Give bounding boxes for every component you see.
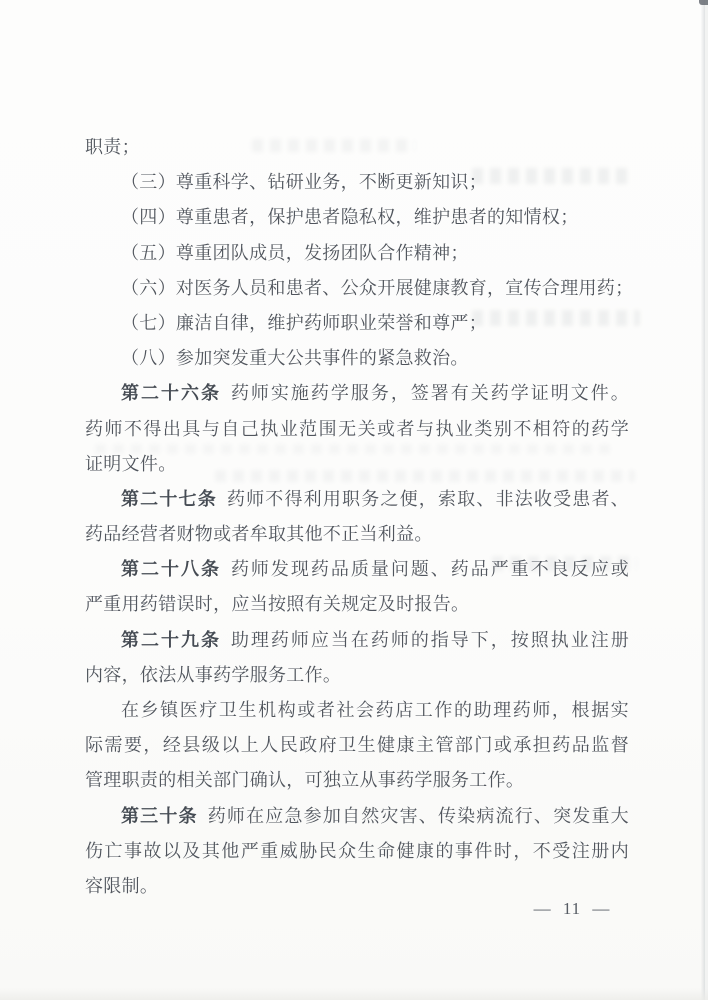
article-body-text: 助理药师应当在药师的指导下，按照执业注册 <box>231 630 629 650</box>
article-body-text: 药师不得利用职务之便，索取、非法收受患者、 <box>227 489 629 509</box>
scan-right-edge-shadow <box>701 0 705 1000</box>
article-number-label: 第二十七条 <box>121 489 217 509</box>
document-line: 严重用药错误时，应当按照有关规定及时报告。 <box>85 587 629 622</box>
article-body-text: 药师发现药品质量问题、药品严重不良反应或 <box>231 559 629 579</box>
document-line: 第二十八条药师发现药品质量问题、药品严重不良反应或 <box>85 552 629 587</box>
document-line: 在乡镇医疗卫生机构或者社会药店工作的助理药师，根据实 <box>85 693 629 728</box>
document-line: 药品经营者财物或者牟取其他不正当利益。 <box>85 517 629 552</box>
document-line: 第二十六条药师实施药学服务，签署有关药学证明文件。 <box>85 376 629 411</box>
document-line: 药师不得出具与自己执业范围无关或者与执业类别不相符的药学 <box>85 412 629 447</box>
document-line: （八）参加突发重大公共事件的紧急救治。 <box>85 341 629 376</box>
document-line: 管理职责的相关部门确认，可独立从事药学服务工作。 <box>85 763 629 798</box>
scan-bottom-shade <box>0 988 708 1000</box>
document-line: 第三十条药师在应急参加自然灾害、传染病流行、突发重大 <box>85 799 629 834</box>
document-line: 第二十九条助理药师应当在药师的指导下，按照执业注册 <box>85 623 629 658</box>
article-number-label: 第二十九条 <box>121 630 221 650</box>
document-line: （七）廉洁自律，维护药师职业荣誉和尊严； <box>85 306 629 341</box>
document-text-block: 职责； （三）尊重科学、钻研业务，不断更新知识； （四）尊重患者，保护患者隐私权… <box>85 130 629 904</box>
document-line: 第二十七条药师不得利用职务之便，索取、非法收受患者、 <box>85 482 629 517</box>
document-page: 职责； （三）尊重科学、钻研业务，不断更新知识； （四）尊重患者，保护患者隐私权… <box>0 0 708 1000</box>
document-line: 伤亡事故以及其他严重威胁民众生命健康的事件时，不受注册内 <box>85 834 629 869</box>
article-number-label: 第二十八条 <box>121 559 221 579</box>
document-line: 证明文件。 <box>85 447 629 482</box>
document-line: （三）尊重科学、钻研业务，不断更新知识； <box>85 165 629 200</box>
article-body-text: 药师在应急参加自然灾害、传染病流行、突发重大 <box>208 806 629 826</box>
article-body-text: 药师实施药学服务，签署有关药学证明文件。 <box>231 383 629 403</box>
scan-corner-artifact <box>699 0 708 5</box>
article-number-label: 第三十条 <box>121 806 198 826</box>
document-line: 内容，依法从事药学服务工作。 <box>85 658 629 693</box>
document-line: （五）尊重团队成员，发扬团队合作精神； <box>85 236 629 271</box>
page-number: — 11 — <box>512 898 632 920</box>
document-line: 职责； <box>85 130 629 165</box>
document-line: （四）尊重患者，保护患者隐私权，维护患者的知情权； <box>85 200 629 235</box>
document-line: 际需要，经县级以上人民政府卫生健康主管部门或承担药品监督 <box>85 728 629 763</box>
document-line: （六）对医务人员和患者、公众开展健康教育，宣传合理用药； <box>85 271 629 306</box>
article-number-label: 第二十六条 <box>121 383 221 403</box>
